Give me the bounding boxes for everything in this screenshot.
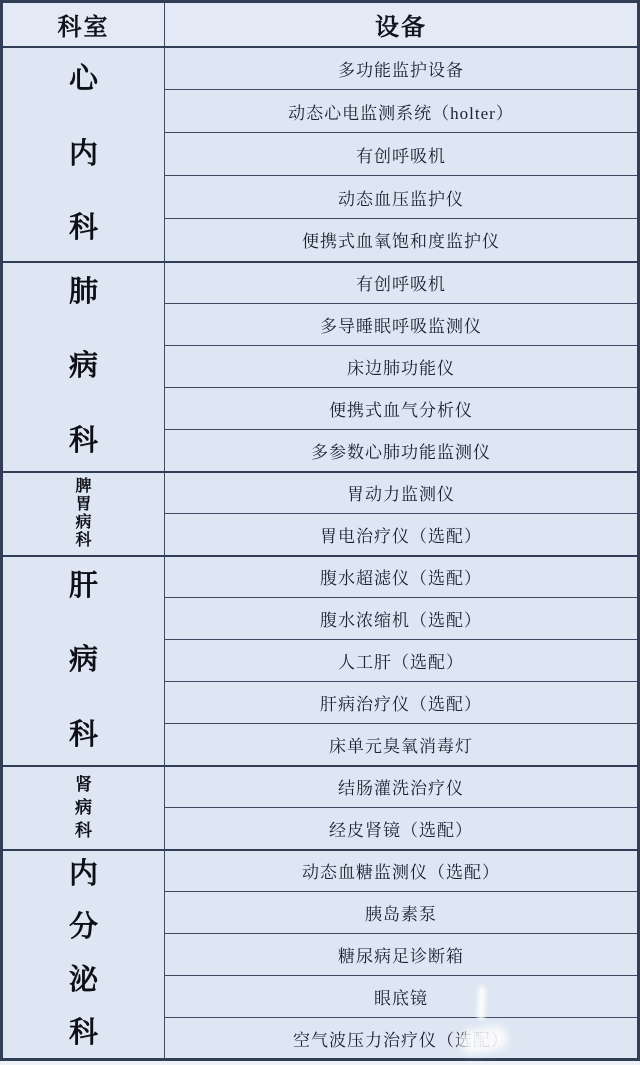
department-label: 脾 胃 病 科 [3,478,164,550]
department-cell-cardiology: 心 内 科 [2,47,165,262]
equipment-cell: 腹水超滤仪（选配） [165,556,639,598]
table-row: 脾 胃 病 科 胃动力监测仪 [2,472,639,514]
department-cell-pulmonology: 肺 病 科 [2,262,165,472]
department-label: 肾 病 科 [3,773,164,842]
department-label: 内 分 泌 科 [64,860,104,1048]
equipment-cell: 床单元臭氧消毒灯 [165,724,639,766]
table-row: 心 内 科 多功能监护设备 [2,47,639,90]
department-equipment-table: 科室 设备 心 内 科 多功能监护设备 动态心电监测系统（holter） 有创呼… [0,0,640,1061]
equipment-cell: 胃电治疗仪（选配） [165,514,639,556]
equipment-cell: 多参数心肺功能监测仪 [165,430,639,472]
equipment-cell: 多功能监护设备 [165,47,639,90]
table-row: 肾 病 科 结肠灌洗治疗仪 [2,766,639,808]
equipment-cell: 胃动力监测仪 [165,472,639,514]
equipment-cell: 便携式血氧饱和度监护仪 [165,219,639,262]
equipment-cell: 糖尿病足诊断箱 [165,934,639,976]
equipment-cell: 有创呼吸机 [165,262,639,304]
department-cell-endocrinology: 内 分 泌 科 [2,850,165,1060]
equipment-cell: 肝病治疗仪（选配） [165,682,639,724]
department-label: 肝 病 科 [64,572,104,750]
equipment-cell: 有创呼吸机 [165,133,639,176]
equipment-cell: 结肠灌洗治疗仪 [165,766,639,808]
table-row: 肺 病 科 有创呼吸机 [2,262,639,304]
department-label: 心 内 科 [64,65,104,243]
header-department: 科室 [2,2,165,47]
equipment-cell: 胰岛素泵 [165,892,639,934]
table-row: 肝 病 科 腹水超滤仪（选配） [2,556,639,598]
department-cell-spleen-stomach: 脾 胃 病 科 [2,472,165,556]
header-row: 科室 设备 [2,2,639,47]
equipment-cell: 动态血压监护仪 [165,176,639,219]
department-label: 肺 病 科 [64,278,104,456]
equipment-cell: 床边肺功能仪 [165,346,639,388]
header-equipment: 设备 [165,2,639,47]
table-row: 内 分 泌 科 动态血糖监测仪（选配） [2,850,639,892]
department-cell-hepatology: 肝 病 科 [2,556,165,766]
document-page: 科室 设备 心 内 科 多功能监护设备 动态心电监测系统（holter） 有创呼… [0,0,640,1061]
equipment-cell: 人工肝（选配） [165,640,639,682]
equipment-cell: 腹水浓缩机（选配） [165,598,639,640]
equipment-cell: 空气波压力治疗仪（选配） [165,1018,639,1060]
equipment-cell: 动态心电监测系统（holter） [165,90,639,133]
equipment-cell: 动态血糖监测仪（选配） [165,850,639,892]
department-cell-nephrology: 肾 病 科 [2,766,165,850]
equipment-cell: 多导睡眠呼吸监测仪 [165,304,639,346]
equipment-cell: 便携式血气分析仪 [165,388,639,430]
equipment-cell: 眼底镜 [165,976,639,1018]
equipment-cell: 经皮肾镜（选配） [165,808,639,850]
